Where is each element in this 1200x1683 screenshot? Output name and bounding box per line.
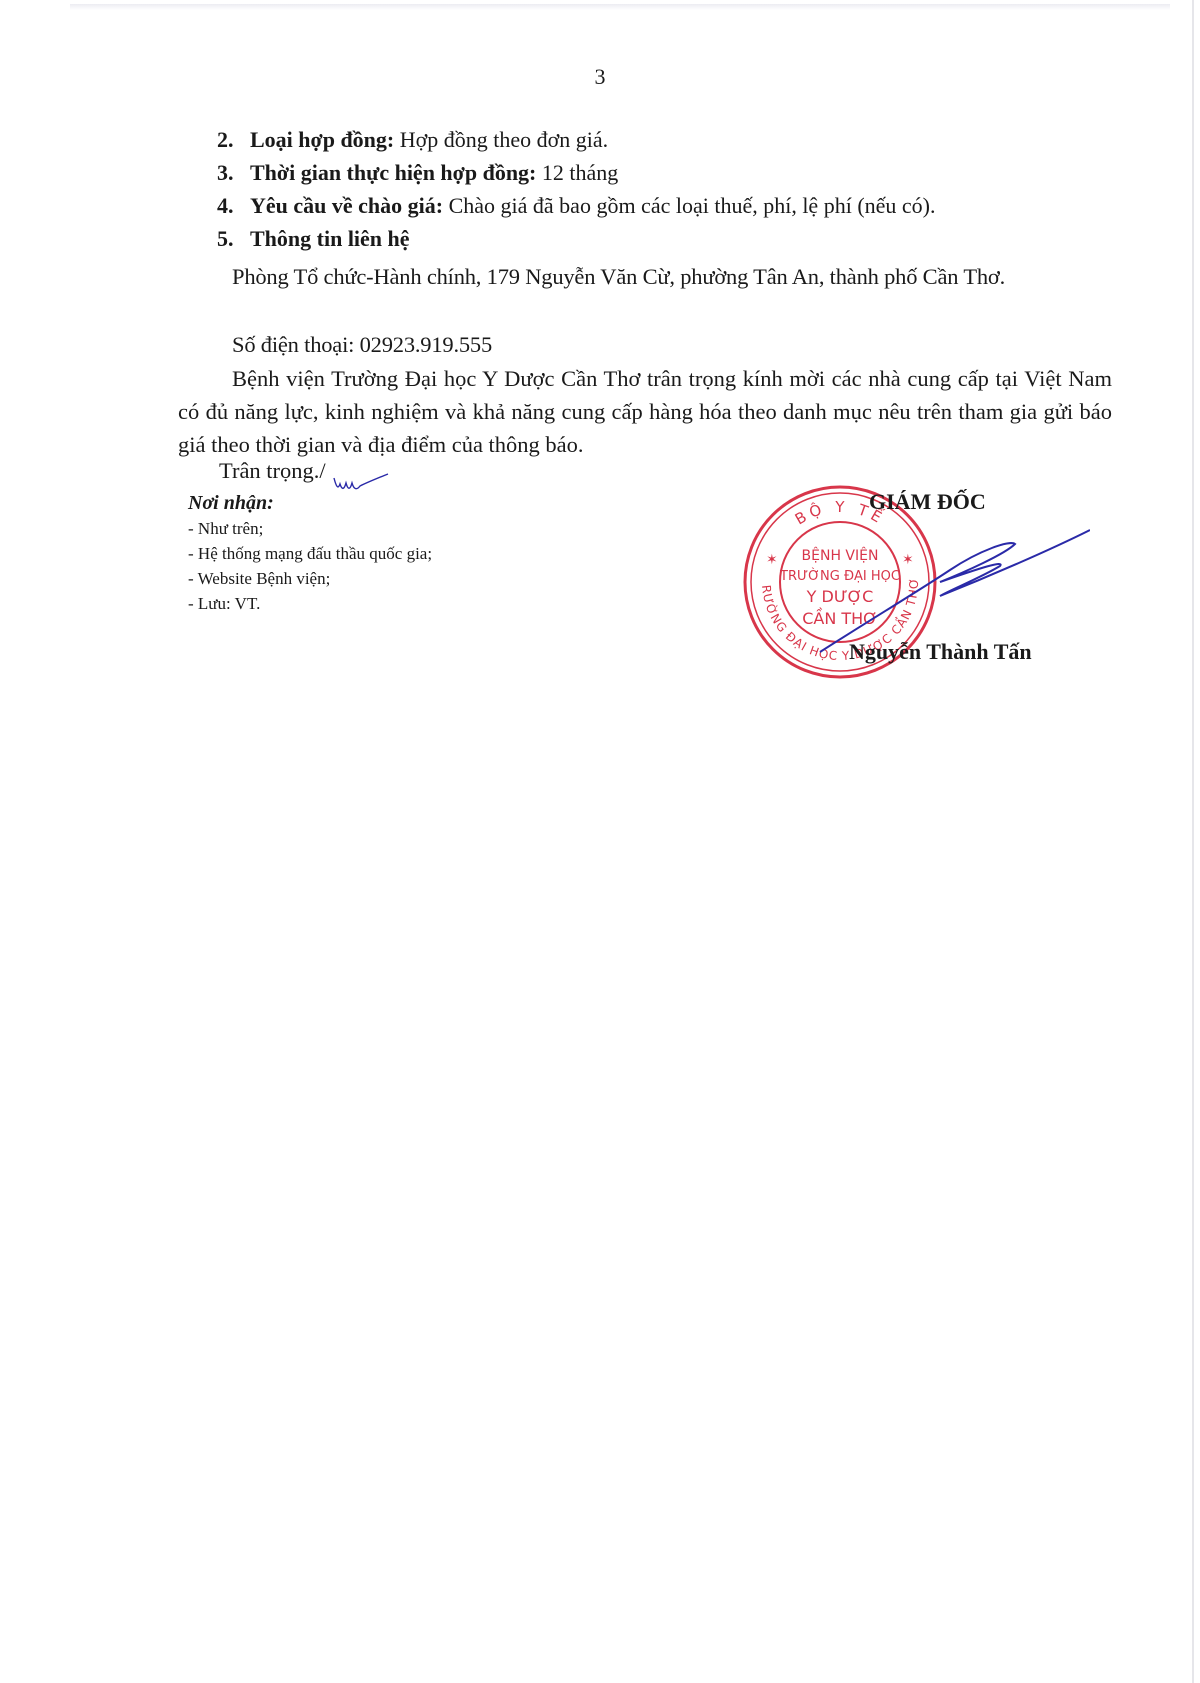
item-contract-type: 2.Loại hợp đồng: Hợp đồng theo đơn giá. bbox=[217, 124, 608, 156]
item-quote-requirement: 4.Yêu cầu về chào giá: Chào giá đã bao g… bbox=[217, 190, 936, 222]
recipient-item: - Hệ thống mạng đấu thầu quốc gia; bbox=[188, 541, 432, 566]
page-number: 3 bbox=[0, 64, 1200, 90]
item-value: Chào giá đã bao gồm các loại thuế, phí, … bbox=[443, 193, 935, 218]
item-label: Loại hợp đồng: bbox=[250, 127, 394, 152]
item-number: 2. bbox=[217, 124, 250, 156]
recipient-item: - Như trên; bbox=[188, 516, 432, 541]
item-number: 5. bbox=[217, 223, 250, 255]
closing-text: Trân trọng./ bbox=[219, 458, 326, 484]
item-number: 4. bbox=[217, 190, 250, 222]
recipients-title: Nơi nhận: bbox=[188, 490, 432, 516]
item-value: Hợp đồng theo đơn giá. bbox=[394, 127, 608, 152]
svg-text:✶: ✶ bbox=[766, 553, 778, 568]
signer-name: Nguyễn Thành Tấn bbox=[849, 639, 1032, 665]
scan-edge-top bbox=[70, 4, 1170, 10]
item-label: Thời gian thực hiện hợp đồng: bbox=[250, 160, 536, 185]
item-label: Yêu cầu về chào giá: bbox=[250, 193, 443, 218]
contact-address: Phòng Tổ chức-Hành chính, 179 Nguyễn Văn… bbox=[178, 260, 1112, 293]
scan-edge-right bbox=[1192, 0, 1194, 1683]
item-number: 3. bbox=[217, 157, 250, 189]
item-value: 12 tháng bbox=[536, 160, 618, 185]
recipient-item: - Lưu: VT. bbox=[188, 591, 432, 616]
signer-title: GIÁM ĐỐC bbox=[869, 489, 986, 515]
item-contract-duration: 3.Thời gian thực hiện hợp đồng: 12 tháng bbox=[217, 157, 618, 189]
contact-phone: Số điện thoại: 02923.919.555 bbox=[178, 328, 1112, 361]
recipient-item: - Website Bệnh viện; bbox=[188, 566, 432, 591]
item-label: Thông tin liên hệ bbox=[250, 226, 410, 251]
recipients-block: Nơi nhận: - Như trên; - Hệ thống mạng đấ… bbox=[188, 490, 432, 616]
invitation-paragraph: Bệnh viện Trường Đại học Y Dược Cần Thơ … bbox=[178, 362, 1112, 461]
item-contact-info: 5.Thông tin liên hệ bbox=[217, 223, 410, 255]
